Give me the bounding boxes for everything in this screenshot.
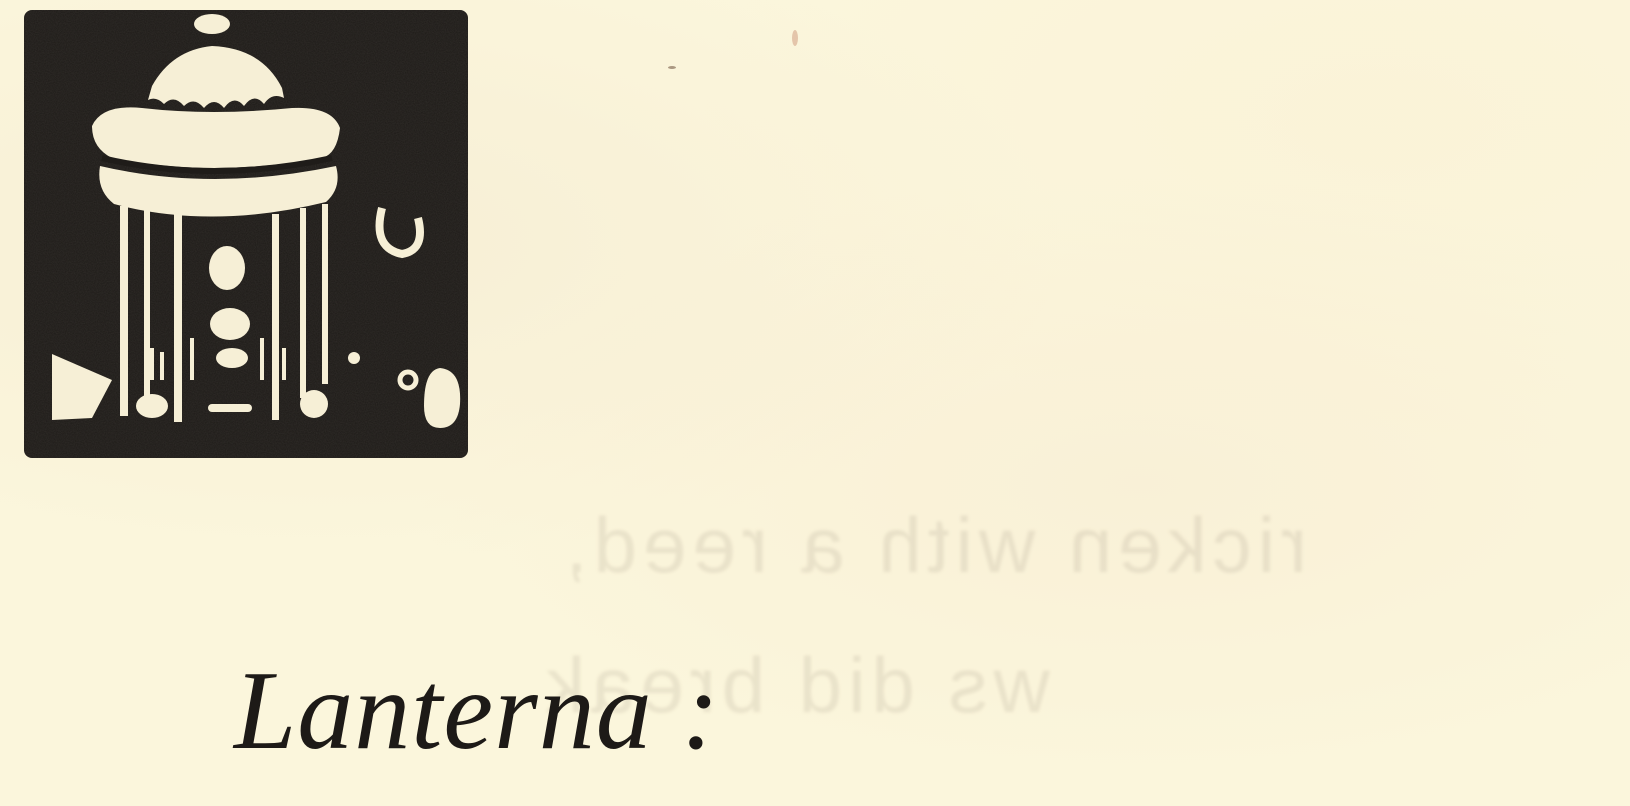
book-page: ricken with a reed, ws did break <box>0 0 1630 806</box>
page-heading: Lanterna : <box>234 655 720 767</box>
paper-speck <box>792 30 798 46</box>
lantern-woodcut-illustration <box>22 8 470 460</box>
lantern-icon <box>22 8 470 460</box>
bleed-through-text-line-1: ricken with a reed, <box>560 500 1307 591</box>
paper-speck <box>668 66 676 69</box>
